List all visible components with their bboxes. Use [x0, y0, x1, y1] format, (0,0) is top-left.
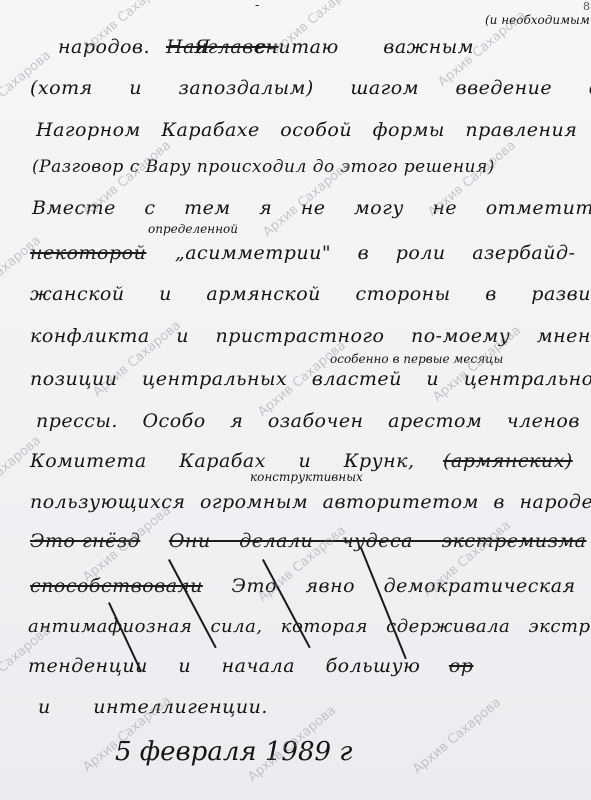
- signature-date: 5 февраля 1989 г: [115, 737, 352, 767]
- struck-word: ор: [449, 655, 474, 677]
- manuscript-line-13: Это гнёзд Они делали чудеса экстремизма: [30, 530, 591, 552]
- connector-stroke: [360, 547, 406, 659]
- manuscript-line-2: (хотя и запоздалым) шагом введение в: [30, 77, 591, 99]
- manuscript-line-7: жанской и армянской стороны в развитии: [30, 283, 591, 305]
- manuscript-line-9: позиции центральных властей и центрально…: [30, 368, 591, 390]
- manuscript-line-4: (Разговор с Вару происходил до этого реш…: [32, 157, 495, 177]
- manuscript-line-12: пользующихся огромным авторитетом в наро…: [30, 491, 591, 513]
- page-number: -: [255, 0, 259, 13]
- insertion-above-line-12: конструктивных: [250, 470, 363, 484]
- manuscript-line-3: Нагорном Карабахе особой формы правления: [36, 119, 577, 141]
- struck-word: некоторой: [30, 242, 146, 264]
- manuscript-line-10: прессы. Особо я озабочен арестом членов: [36, 410, 580, 432]
- manuscript-line-5: Вместе с тем я не могу не отметить: [32, 197, 591, 219]
- insertion-above-line-6: определенной: [148, 222, 238, 236]
- manuscript-line-6: некоторой „асимметрии" в роли азербайд-: [30, 242, 591, 264]
- manuscript-line-11: Комитета Карабах и Крунк, (армянских): [30, 450, 591, 472]
- struck-word: (армянских): [443, 450, 573, 472]
- insertion-above-line-1: (и необходимым: [485, 13, 590, 27]
- struck-phrase: Они делали чудеса экстремизма: [169, 530, 587, 552]
- manuscript-line-15: антимафиозная сила, которая сдерживала э…: [28, 616, 591, 637]
- watermark: Архив Сахарова: [410, 695, 504, 777]
- line-text: „асимметрии" в роли азербайд-: [175, 242, 576, 264]
- line-text: тенденции и начала большую: [28, 655, 420, 677]
- manuscript-page: - 8 (и необходимым Наиглавен народов. Я …: [0, 0, 591, 800]
- struck-word: Это гнёзд: [30, 530, 140, 552]
- manuscript-line-14: способствовали Это явно демократическая …: [30, 575, 591, 597]
- manuscript-line-1-text: народов. Я считаю важным: [58, 36, 474, 58]
- manuscript-line-16: тенденции и начала большую ор: [28, 655, 495, 677]
- insertion-above-line-9: особенно в первые месяцы: [330, 352, 503, 366]
- corner-mark: 8: [583, 0, 590, 13]
- manuscript-line-17: и интеллигенции.: [38, 696, 268, 718]
- line-text: Комитета Карабах и Крунк,: [30, 450, 415, 472]
- manuscript-line-8: конфликта и пристрастного по-моему мнени…: [30, 325, 591, 347]
- line-text: Это явно демократическая и: [231, 575, 591, 597]
